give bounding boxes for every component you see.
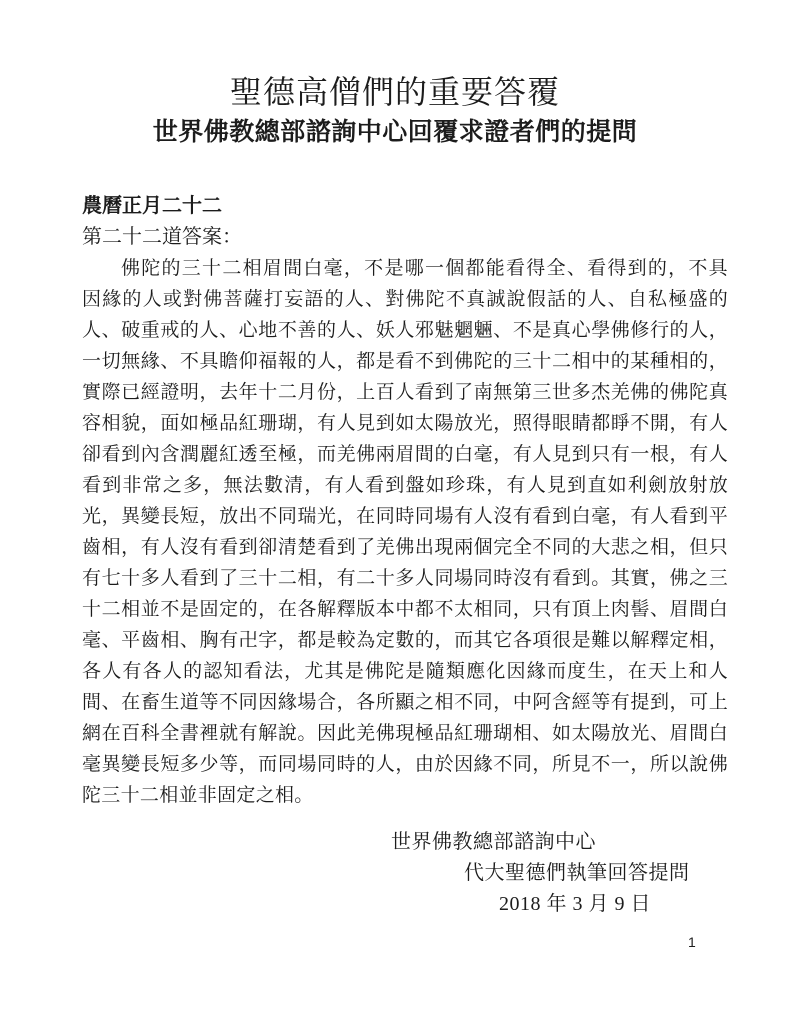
body-text-line: 陀三十二相並非固定之相。 bbox=[82, 780, 728, 811]
signature-byline: 代大聖德們執筆回答提問 bbox=[464, 858, 690, 889]
lunar-date-heading: 農曆正月二十二 bbox=[82, 191, 222, 222]
body-text-line: 佛陀的三十二相眉間白毫，不是哪一個都能看得全、看得到的，不具 bbox=[82, 253, 728, 284]
body-text-line: 卻看到內含潤麗紅透至極，而羌佛兩眉間的白毫，有人見到只有一根，有人 bbox=[82, 439, 728, 470]
answer-number-heading: 第二十二道答案： bbox=[82, 222, 242, 253]
body-text-line: 因緣的人或對佛菩薩打妄語的人、對佛陀不真誠說假話的人、自私極盛的 bbox=[82, 284, 728, 315]
body-text-line: 光，異變長短，放出不同瑞光，在同時同場有人沒有看到白毫，有人看到平 bbox=[82, 501, 728, 532]
body-text-line: 容相貌，面如極品紅珊瑚，有人見到如太陽放光，照得眼睛都睜不開，有人 bbox=[82, 408, 728, 439]
body-text-line: 毫、平齒相、胸有卍字，都是較為定數的，而其它各項很是難以解釋定相， bbox=[82, 625, 728, 656]
document-page: 聖德高僧們的重要答覆 世界佛教總部諮詢中心回覆求證者們的提問 農曆正月二十二 第… bbox=[0, 0, 790, 1022]
signature-date: 2018 年 3 月 9 日 bbox=[499, 889, 651, 920]
body-text-line: 網在百科全書裡就有解說。因此羌佛現極品紅珊瑚相、如太陽放光、眉間白 bbox=[82, 718, 728, 749]
body-text-line: 有七十多人看到了三十二相，有二十多人同場同時沒有看到。其實，佛之三 bbox=[82, 563, 728, 594]
body-text-line: 間、在畜生道等不同因緣場合，各所顯之相不同，中阿含經等有提到，可上 bbox=[82, 687, 728, 718]
body-text-line: 一切無緣、不具瞻仰福報的人，都是看不到佛陀的三十二相中的某種相的， bbox=[82, 346, 728, 377]
body-text-line: 毫異變長短多少等，而同場同時的人，由於因緣不同，所見不一，所以說佛 bbox=[82, 749, 728, 780]
body-text-line: 齒相，有人沒有看到卻清楚看到了羌佛出現兩個完全不同的大悲之相，但只 bbox=[82, 532, 728, 563]
body-text-line: 各人有各人的認知看法，尤其是佛陀是隨類應化因緣而度生，在天上和人 bbox=[82, 656, 728, 687]
body-text-line: 人、破重戒的人、心地不善的人、妖人邪魅魍魎、不是真心學佛修行的人， bbox=[82, 315, 728, 346]
page-number: 1 bbox=[688, 934, 696, 950]
body-text-line: 十二相並不是固定的，在各解釋版本中都不太相同，只有頂上肉髻、眉間白 bbox=[82, 594, 728, 625]
answer-body-paragraph: 佛陀的三十二相眉間白毫，不是哪一個都能看得全、看得到的，不具因緣的人或對佛菩薩打… bbox=[82, 253, 728, 811]
body-text-line: 看到非常之多，無法數清，有人看到盤如珍珠，有人見到直如利劍放射放 bbox=[82, 470, 728, 501]
document-title: 聖德高僧們的重要答覆 bbox=[0, 72, 790, 112]
document-subtitle: 世界佛教總部諮詢中心回覆求證者們的提問 bbox=[0, 116, 790, 150]
body-text-line: 實際已經證明，去年十二月份，上百人看到了南無第三世多杰羌佛的佛陀真 bbox=[82, 377, 728, 408]
signature-organization: 世界佛教總部諮詢中心 bbox=[391, 827, 596, 858]
